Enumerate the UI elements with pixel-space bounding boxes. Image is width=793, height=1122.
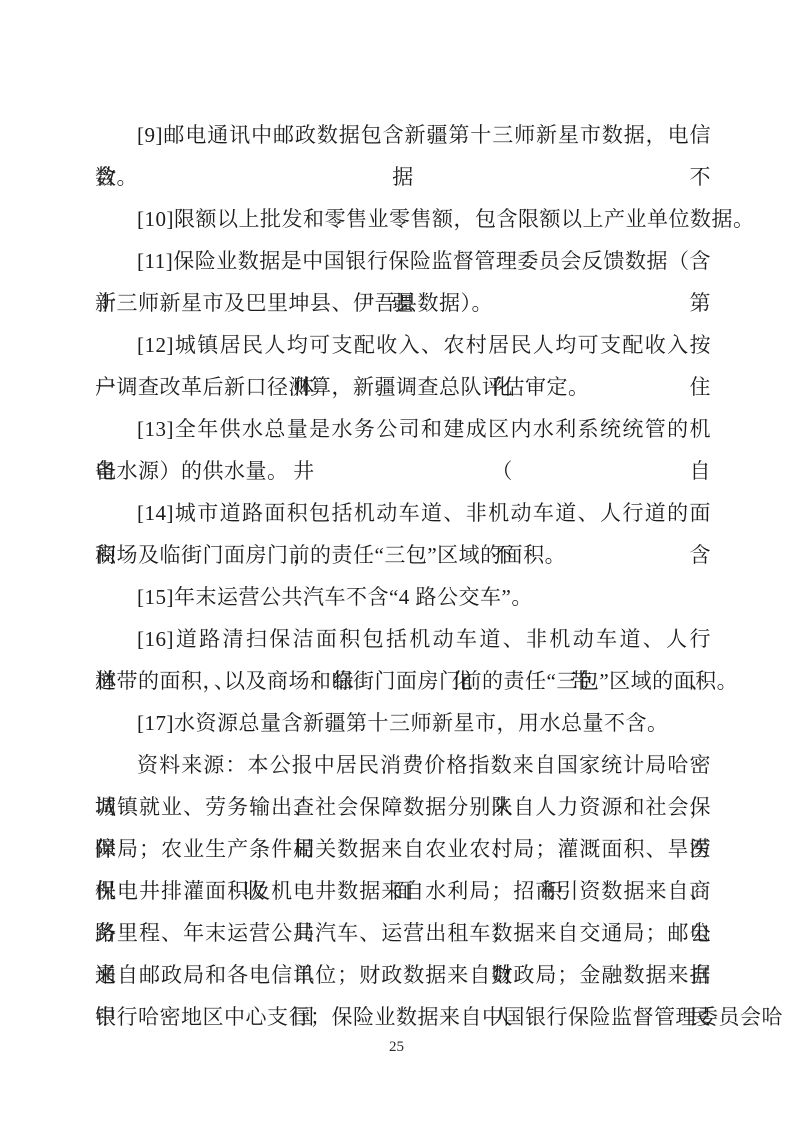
paragraph: [13]全年供水总量是水务公司和建成区内水利系统统管的机电井（自备水源）的供水量… [95, 408, 711, 492]
text-line: 来自邮政局和各电信单位；财政数据来自财政局；金融数据来自中国人民 [95, 954, 711, 996]
text-line: [11]保险业数据是中国银行保险监督管理委员会反馈数据（含新疆第 [95, 240, 711, 282]
text-line: 机电井排灌面积及机电井数据来自水利局；招商引资数据来自商务局；公 [95, 870, 711, 912]
text-line: 路里程、年末运营公共汽车、运营出租车数据来自交通局；邮电通讯数据 [95, 912, 711, 954]
paragraph: [11]保险业数据是中国银行保险监督管理委员会反馈数据（含新疆第十三师新星市及巴… [95, 240, 711, 324]
text-line: [9]邮电通讯中邮政数据包含新疆第十三师新星市数据，电信数据不 [95, 114, 711, 156]
page-content: [9]邮电通讯中邮政数据包含新疆第十三师新星市数据，电信数据不含。[10]限额以… [95, 114, 711, 1038]
text-line: [13]全年供水总量是水务公司和建成区内水利系统统管的机电井（自 [95, 408, 711, 450]
text-line: [14]城市道路面积包括机动车道、非机动车道、人行道的面积，不含 [95, 492, 711, 534]
text-line: 银行哈密地区中心支行；保险业数据来自中国银行保险监督管理委员会哈 [95, 996, 711, 1038]
paragraph: 资料来源：本公报中居民消费价格指数来自国家统计局哈密调查队，城镇就业、劳务输出、… [95, 744, 711, 1038]
paragraph: [9]邮电通讯中邮政数据包含新疆第十三师新星市数据，电信数据不含。 [95, 114, 711, 198]
paragraph: [16]道路清扫保洁面积包括机动车道、非机动车道、人行道、绿化带、林带的面积，以… [95, 618, 711, 702]
page-number: 25 [0, 1036, 793, 1058]
text-line: 保局；农业生产条件相关数据来自农业农村局；灌溉面积、旱涝保收面积、 [95, 828, 711, 870]
paragraph: [10]限额以上批发和零售业零售额，包含限额以上产业单位数据。 [95, 198, 711, 240]
text-line: [12]城镇居民人均可支配收入、农村居民人均可支配收入按一体化住 [95, 324, 711, 366]
text-line: 林带的面积，以及商场和临街门面房门前的责任“三包”区域的面积。 [95, 660, 711, 702]
paragraph: [17]水资源总量含新疆第十三师新星市，用水总量不含。 [95, 702, 711, 744]
text-line: 资料来源：本公报中居民消费价格指数来自国家统计局哈密调查队， [95, 744, 711, 786]
text-line: [10]限额以上批发和零售业零售额，包含限额以上产业单位数据。 [95, 198, 711, 240]
text-line: [17]水资源总量含新疆第十三师新星市，用水总量不含。 [95, 702, 711, 744]
paragraph: [12]城镇居民人均可支配收入、农村居民人均可支配收入按一体化住户调查改革后新口… [95, 324, 711, 408]
text-line: 城镇就业、劳务输出、社会保障数据分别来自人力资源和社会保障局、医 [95, 786, 711, 828]
paragraph: [14]城市道路面积包括机动车道、非机动车道、人行道的面积，不含商场及临街门面房… [95, 492, 711, 576]
text-line: [16]道路清扫保洁面积包括机动车道、非机动车道、人行道、绿化带、 [95, 618, 711, 660]
text-line: [15]年末运营公共汽车不含“4 路公交车”。 [95, 576, 711, 618]
paragraph: [15]年末运营公共汽车不含“4 路公交车”。 [95, 576, 711, 618]
document-page: [9]邮电通讯中邮政数据包含新疆第十三师新星市数据，电信数据不含。[10]限额以… [0, 0, 793, 1122]
